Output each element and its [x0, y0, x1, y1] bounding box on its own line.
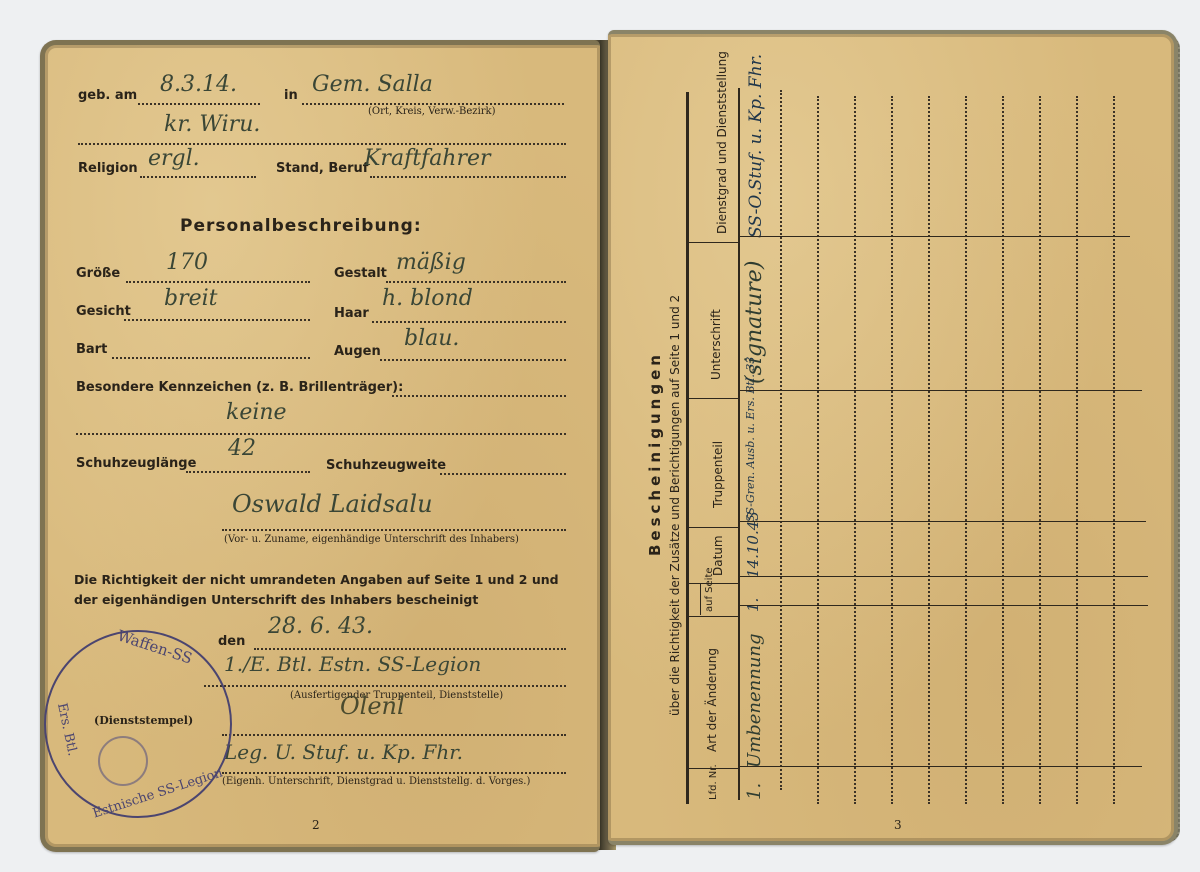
- row-divider: [1076, 96, 1078, 804]
- col-sep-2: [688, 398, 740, 399]
- certification-text-line2: der eigenhändigen Unterschrift des Inhab…: [74, 592, 478, 607]
- amendments-title: Bescheinigungen: [646, 351, 664, 556]
- birth-place-line2: [78, 143, 566, 145]
- officer-hint: (Eigenh. Unterschrift, Dienstgrad u. Die…: [222, 776, 530, 787]
- col-sep-3: [688, 527, 740, 528]
- special-marks-line: [392, 395, 566, 397]
- row1-nr: 1.: [744, 783, 765, 800]
- right-page: [608, 30, 1178, 845]
- special-marks-value: keine: [226, 400, 287, 425]
- issuing-unit-value: 1./E. Btl. Estn. SS-Legion: [224, 652, 481, 676]
- birth-place-line: [302, 103, 564, 105]
- holder-signature: Oswald Laidsalu: [232, 490, 433, 518]
- shoe-width-label: Schuhzeugweite: [326, 458, 446, 473]
- official-stamp: Waffen-SS Ers. Btl. Estnische SS-Legion …: [44, 630, 232, 818]
- table-left-border: [686, 92, 689, 804]
- birth-place-value-line2: kr. Wiru.: [164, 112, 260, 137]
- face-label: Gesicht: [76, 304, 131, 319]
- col-sep-4b: [700, 583, 701, 615]
- row-divider: [1002, 96, 1004, 804]
- issuing-unit-line: [204, 685, 566, 687]
- stamp-ring-left-text: Ers. Btl.: [54, 702, 80, 758]
- holder-signature-hint: (Vor- u. Zuname, eigenhändige Unterschri…: [224, 534, 519, 545]
- shoe-width-line: [440, 473, 566, 475]
- row-divider: [928, 96, 930, 804]
- row-divider: [817, 96, 819, 804]
- grid-col-line: [740, 605, 1148, 606]
- face-value: breit: [164, 286, 218, 311]
- birth-date-line: [138, 103, 260, 105]
- shoe-length-value: 42: [228, 436, 256, 461]
- left-page-number: 2: [312, 818, 320, 832]
- officer-signature-line: [222, 734, 566, 736]
- grid-col-line: [740, 390, 1142, 391]
- col-header-nr: Lfd. Nr.: [708, 764, 720, 800]
- right-page-number: 3: [894, 818, 902, 832]
- shoe-length-line: [186, 471, 310, 473]
- stamp-emblem-placeholder: [98, 736, 148, 786]
- hair-label: Haar: [334, 306, 369, 321]
- build-label: Gestalt: [334, 266, 387, 281]
- description-heading: Personalbeschreibung:: [180, 216, 422, 236]
- grid-col-line: [740, 576, 1148, 577]
- birth-place-label: in: [284, 88, 298, 103]
- hair-line: [372, 321, 566, 323]
- holder-signature-line: [222, 529, 566, 531]
- col-header-unterschrift: Unterschrift: [710, 309, 724, 380]
- row-divider: [965, 96, 967, 804]
- issued-date-value: 28. 6. 43.: [268, 614, 373, 639]
- officer-signature: Olenl: [340, 692, 405, 720]
- religion-value: ergl.: [148, 146, 200, 171]
- col-sep-5: [688, 616, 740, 617]
- build-line: [386, 281, 566, 283]
- height-line: [126, 281, 310, 283]
- height-label: Größe: [76, 266, 120, 281]
- religion-label: Religion: [78, 161, 138, 176]
- beard-label: Bart: [76, 342, 107, 357]
- row-divider: [1039, 96, 1041, 804]
- table-header-divider: [738, 88, 740, 800]
- issued-date-label: den: [218, 634, 245, 649]
- row-divider: [891, 96, 893, 804]
- row1-art: Umbenennung: [744, 633, 765, 768]
- row-divider: [780, 90, 782, 790]
- col-header-truppenteil: Truppenteil: [712, 441, 726, 508]
- row-divider: [854, 96, 856, 804]
- birth-date-label: geb. am: [78, 88, 137, 103]
- eyes-line: [380, 359, 566, 361]
- grid-col-line: [740, 766, 1142, 767]
- col-header-dienstgrad: Dienstgrad und Dienststellung: [716, 51, 730, 234]
- grid-col-line: [740, 236, 1130, 237]
- face-line: [124, 319, 310, 321]
- row1-truppenteil: SS-Gren. Ausb. u. Ers. Btl. 33: [744, 357, 757, 522]
- occupation-line: [370, 176, 566, 178]
- shoe-length-label: Schuhzeuglänge: [76, 456, 196, 471]
- special-marks-line2: [76, 433, 566, 435]
- occupation-value: Kraftfahrer: [364, 146, 491, 171]
- col-header-art: Art der Änderung: [706, 648, 720, 752]
- stamp-label: (Dienststempel): [94, 714, 193, 727]
- row-divider: [1113, 96, 1115, 804]
- religion-line: [140, 176, 256, 178]
- col-sep-1: [688, 242, 740, 243]
- occupation-label: Stand, Beruf: [276, 161, 368, 176]
- height-value: 170: [166, 250, 208, 275]
- build-value: mäßig: [396, 250, 466, 275]
- eyes-value: blau.: [404, 326, 459, 351]
- beard-line: [112, 357, 310, 359]
- issued-date-line: [254, 648, 566, 650]
- eyes-label: Augen: [334, 344, 381, 359]
- grid-col-line: [740, 521, 1146, 522]
- birth-place-value: Gem. Salla: [312, 72, 433, 97]
- certification-text-line1: Die Richtigkeit der nicht umrandeten Ang…: [74, 572, 559, 587]
- amendments-subtitle: über die Richtigkeit der Zusätze und Ber…: [668, 295, 682, 716]
- birth-place-hint: (Ort, Kreis, Verw.-Bezirk): [368, 106, 496, 117]
- officer-rank-line: [222, 772, 566, 774]
- officer-rank-value: Leg. U. Stuf. u. Kp. Fhr.: [224, 740, 463, 764]
- birth-date-value: 8.3.14.: [160, 72, 237, 97]
- row1-dienstgrad: SS-O.Stuf. u. Kp. Fhr.: [746, 54, 766, 238]
- col-header-seite: auf Seite: [704, 567, 716, 612]
- hair-value: h. blond: [382, 286, 473, 311]
- special-marks-label: Besondere Kennzeichen (z. B. Brillenträg…: [76, 380, 403, 395]
